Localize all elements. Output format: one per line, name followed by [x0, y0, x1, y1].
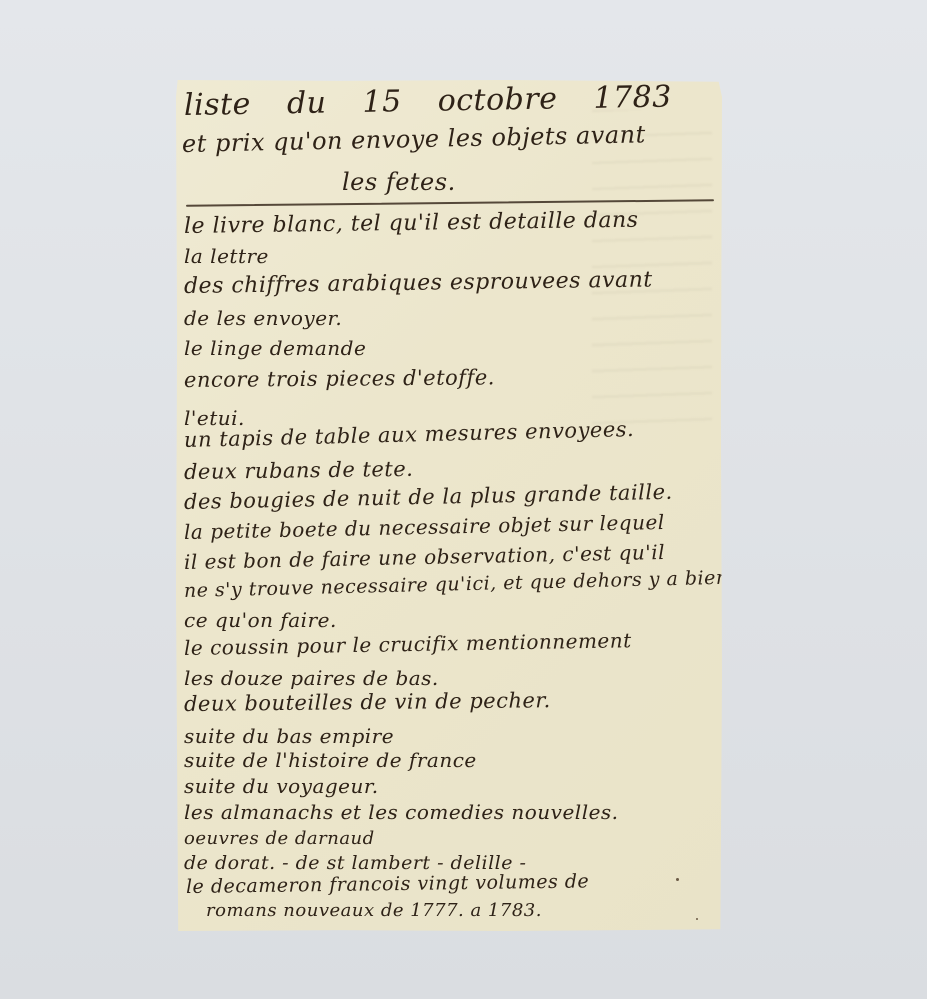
list-line: de dorat. - de st lambert - delille - [184, 852, 526, 874]
list-line: les douze paires de bas. [184, 666, 439, 690]
list-line: deux bouteilles de vin de pecher. [184, 688, 551, 716]
list-line: encore trois pieces d'etoffe. [184, 365, 495, 392]
manuscript-page: liste du 15 octobre 1783 et prix qu'on e… [176, 80, 722, 931]
list-line: deux rubans de tete. [184, 457, 414, 484]
list-line: un tapis de table aux mesures envoyees. [184, 417, 635, 452]
list-line: suite du bas empire [184, 724, 394, 748]
header-line-3: les fetes. [342, 168, 456, 196]
list-line: oeuvres de darnaud [184, 828, 375, 849]
header-line-2: et prix qu'on envoye les objets avant [182, 120, 646, 158]
list-line: le linge demande [184, 336, 366, 360]
header-line-1: liste du 15 octobre 1783 [184, 79, 672, 123]
list-line: des chiffres arabiques esprouvees avant [184, 267, 653, 299]
list-line: il est bon de faire une observation, c'e… [184, 540, 666, 574]
list-line: suite de l'histoire de france [184, 748, 477, 772]
list-line: des bougies de nuit de la plus grande ta… [184, 480, 673, 514]
paper-speck [696, 918, 698, 920]
list-line: les almanachs et les comedies nouvelles. [184, 800, 619, 824]
list-line: la petite boete du necessaire objet sur … [184, 510, 665, 544]
list-line: romans nouveaux de 1777. a 1783. [206, 900, 542, 921]
list-line: le livre blanc, tel qu'il est detaille d… [184, 208, 639, 239]
list-line: la lettre [184, 244, 269, 268]
photo-stage: liste du 15 octobre 1783 et prix qu'on e… [0, 0, 927, 999]
list-line: suite du voyageur. [184, 774, 379, 798]
header-divider [186, 199, 714, 207]
paper-speck [676, 878, 679, 881]
list-line: ce qu'on faire. [184, 608, 337, 632]
list-line: le decameron francois vingt volumes de [186, 870, 590, 898]
list-line: le coussin pour le crucifix mentionnemen… [184, 628, 632, 660]
list-line: de les envoyer. [184, 306, 342, 330]
